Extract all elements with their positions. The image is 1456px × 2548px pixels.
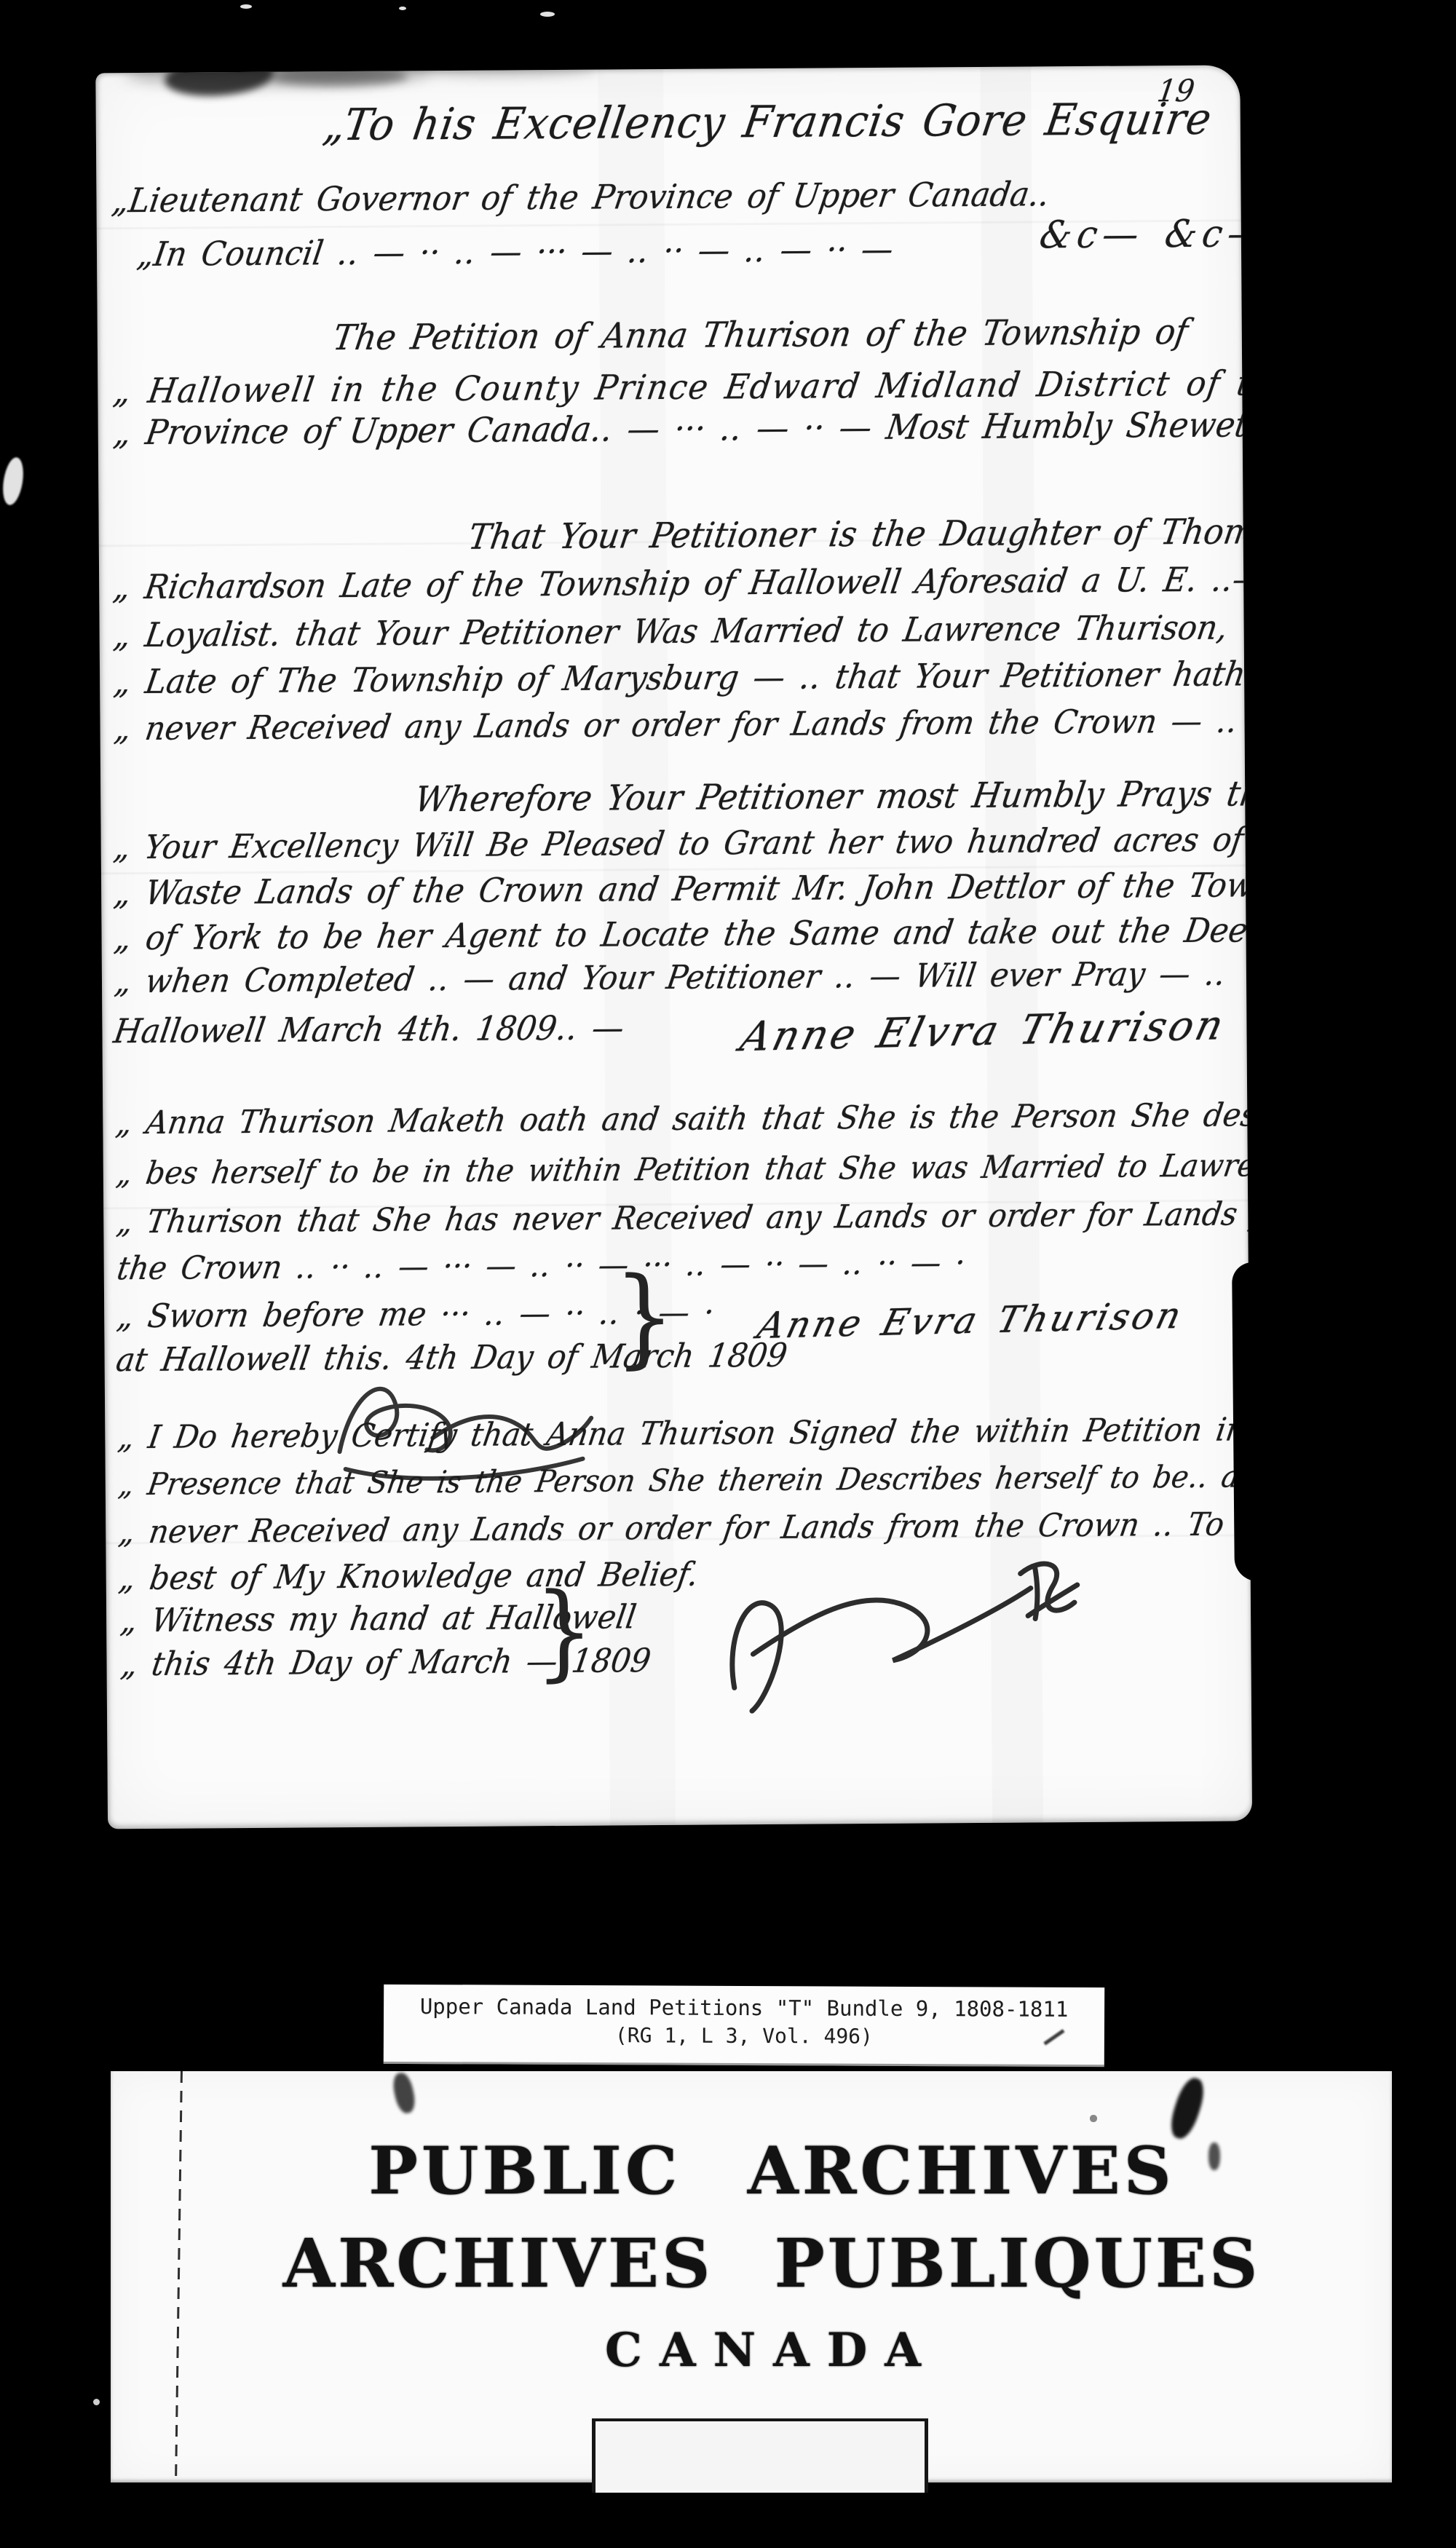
ink-smudge [408, 65, 598, 78]
petition-line: The Petition of Anna Thurison of the Tow… [331, 314, 1190, 355]
etc-etc-flourish: &c— &c— &c— [1037, 214, 1252, 254]
affidavit-line: „ bes herself to be in the within Petiti… [114, 1150, 1252, 1190]
petition-line: „ Your Excellency Will Be Pleased to Gra… [112, 823, 1252, 863]
film-edge-notch [1232, 1262, 1277, 1581]
petition-line: „ of York to be her Agent to Locate the … [112, 913, 1252, 954]
petition-line: „ Province of Upper Canada‥ — ··· ‥ — ··… [111, 408, 1252, 451]
ink-smudge [164, 65, 276, 99]
petition-line: „ Loyalist. that Your Petitioner Was Mar… [112, 611, 1230, 652]
signature-anne-thurison-2: Anne Evra Thurison [754, 1297, 1187, 1344]
heading-line-2: „Lieutenant Governor of the Province of … [110, 177, 1051, 217]
ink-smudge [270, 66, 408, 86]
banner-line-archives-publiques: ARCHIVES PUBLIQUES [111, 2230, 1392, 2297]
certification-line: „ Presence that She is the Person She th… [116, 1460, 1252, 1500]
petition-line: „ Hallowell in the County Prince Edward … [111, 366, 1252, 408]
banner-line-canada: CANADA [111, 2327, 1392, 2374]
signature-anne-thurison: Anne Elvra Thurison [737, 1005, 1230, 1058]
ink-smudge [1090, 2115, 1097, 2122]
film-scratch-mark [0, 456, 26, 506]
public-archives-banner: PUBLIC ARCHIVES ARCHIVES PUBLIQUES CANAD… [111, 2071, 1392, 2482]
dateline: Hallowell March 4th. 1809‥ — [111, 1010, 626, 1048]
petition-line: Wherefore Your Petitioner most Humbly Pr… [413, 776, 1252, 817]
curly-brace: } [614, 1263, 676, 1371]
heading-line-1: „To his Excellency Francis Gore Esquire [320, 98, 1214, 148]
banner-bottom-tab [592, 2418, 928, 2493]
certification-line: „ I Do hereby Certify that Anna Thurison… [116, 1414, 1253, 1454]
affidavit-line: „ Thurison that She has never Received a… [114, 1198, 1252, 1239]
dust-speck [399, 7, 406, 10]
affidavit-line: the Crown ‥ ·· ‥ — ··· — ‥ ·· — ··· ‥ — … [115, 1247, 968, 1285]
petition-line: That Your Petitioner is the Daughter of … [466, 514, 1252, 555]
petition-line: „ Waste Lands of the Crown and Permit Mr… [112, 868, 1252, 909]
banner-line-public-archives: PUBLIC ARCHIVES [111, 2138, 1392, 2204]
petition-line: „ never Received any Lands or order for … [113, 704, 1252, 745]
label-line-1: Upper Canada Land Petitions "T" Bundle 9… [384, 1994, 1104, 2022]
jp-signature-flourish [708, 1543, 1088, 1720]
archive-reference-label: Upper Canada Land Petitions "T" Bundle 9… [384, 1985, 1104, 2067]
heading-line-3: „In Council ‥ — ·· ‥ — ··· — ‥ ·· — ‥ — … [135, 232, 895, 271]
label-line-2: (RG 1, L 3, Vol. 496) [384, 2022, 1104, 2049]
petition-line: „ Late of The Township of Marysburg — ‥ … [112, 657, 1248, 698]
ink-smudge [390, 2071, 417, 2115]
petition-line: „ when Completed ‥ — and Your Petitioner… [113, 957, 1228, 998]
certification-line: „ best of My Knowledge and Belief. [117, 1558, 701, 1595]
dust-speck [93, 2399, 100, 2405]
dust-speck [240, 4, 252, 9]
affidavit-line: „ Anna Thurison Maketh oath and saith th… [114, 1099, 1253, 1139]
petition-document-page: 19 „To his Excellency Francis Gore Esqui… [95, 65, 1252, 1829]
dust-speck [540, 12, 555, 17]
scanned-microfilm-frame: 19 „To his Excellency Francis Gore Esqui… [0, 0, 1456, 2548]
petition-line: „ Richardson Late of the Township of Hal… [111, 562, 1252, 604]
curly-brace: } [534, 1580, 594, 1685]
